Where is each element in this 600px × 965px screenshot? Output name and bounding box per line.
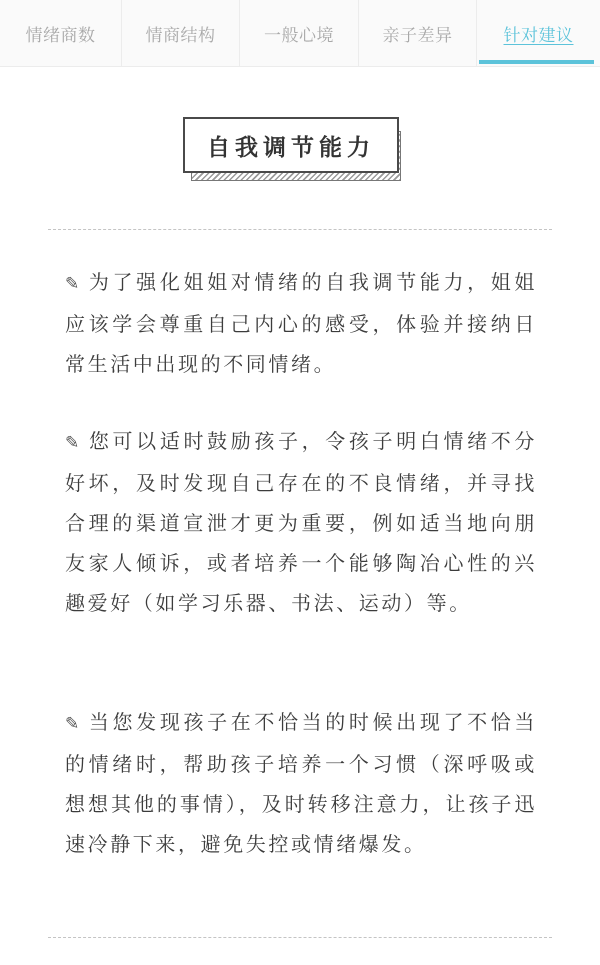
divider-bottom [48,937,552,938]
tab-label: 一般心境 [264,21,334,46]
pencil-icon: ✎ [65,433,82,453]
tab-label: 情商结构 [146,21,216,46]
tab-eq-structure[interactable]: 情商结构 [122,0,240,66]
pencil-icon: ✎ [65,274,82,294]
pencil-icon: ✎ [65,714,82,734]
tab-label: 针对建议 [504,21,574,46]
tab-targeted-advice[interactable]: 针对建议 [477,0,600,66]
divider-top [48,229,552,230]
active-tab-indicator [479,60,594,64]
advice-paragraph-1: ✎为了强化姐姐对情绪的自我调节能力，姐姐应该学会尊重自己内心的感受，体验并接纳日… [65,262,537,384]
section-title-badge: 自我调节能力 [183,117,409,183]
advice-paragraph-3: ✎当您发现孩子在不恰当的时候出现了不恰当的情绪时，帮助孩子培养一个习惯（深呼吸或… [65,702,537,864]
tab-general-mood[interactable]: 一般心境 [240,0,359,66]
tab-bar: 情绪商数 情商结构 一般心境 亲子差异 针对建议 [0,0,600,67]
tab-label: 亲子差异 [383,21,453,46]
section-title: 自我调节能力 [183,117,399,173]
tab-emotional-quotient[interactable]: 情绪商数 [0,0,122,66]
advice-paragraph-2: ✎您可以适时鼓励孩子，令孩子明白情绪不分好坏，及时发现自己存在的不良情绪，并寻找… [65,421,537,623]
tab-label: 情绪商数 [26,21,96,46]
tab-parent-child-difference[interactable]: 亲子差异 [359,0,477,66]
